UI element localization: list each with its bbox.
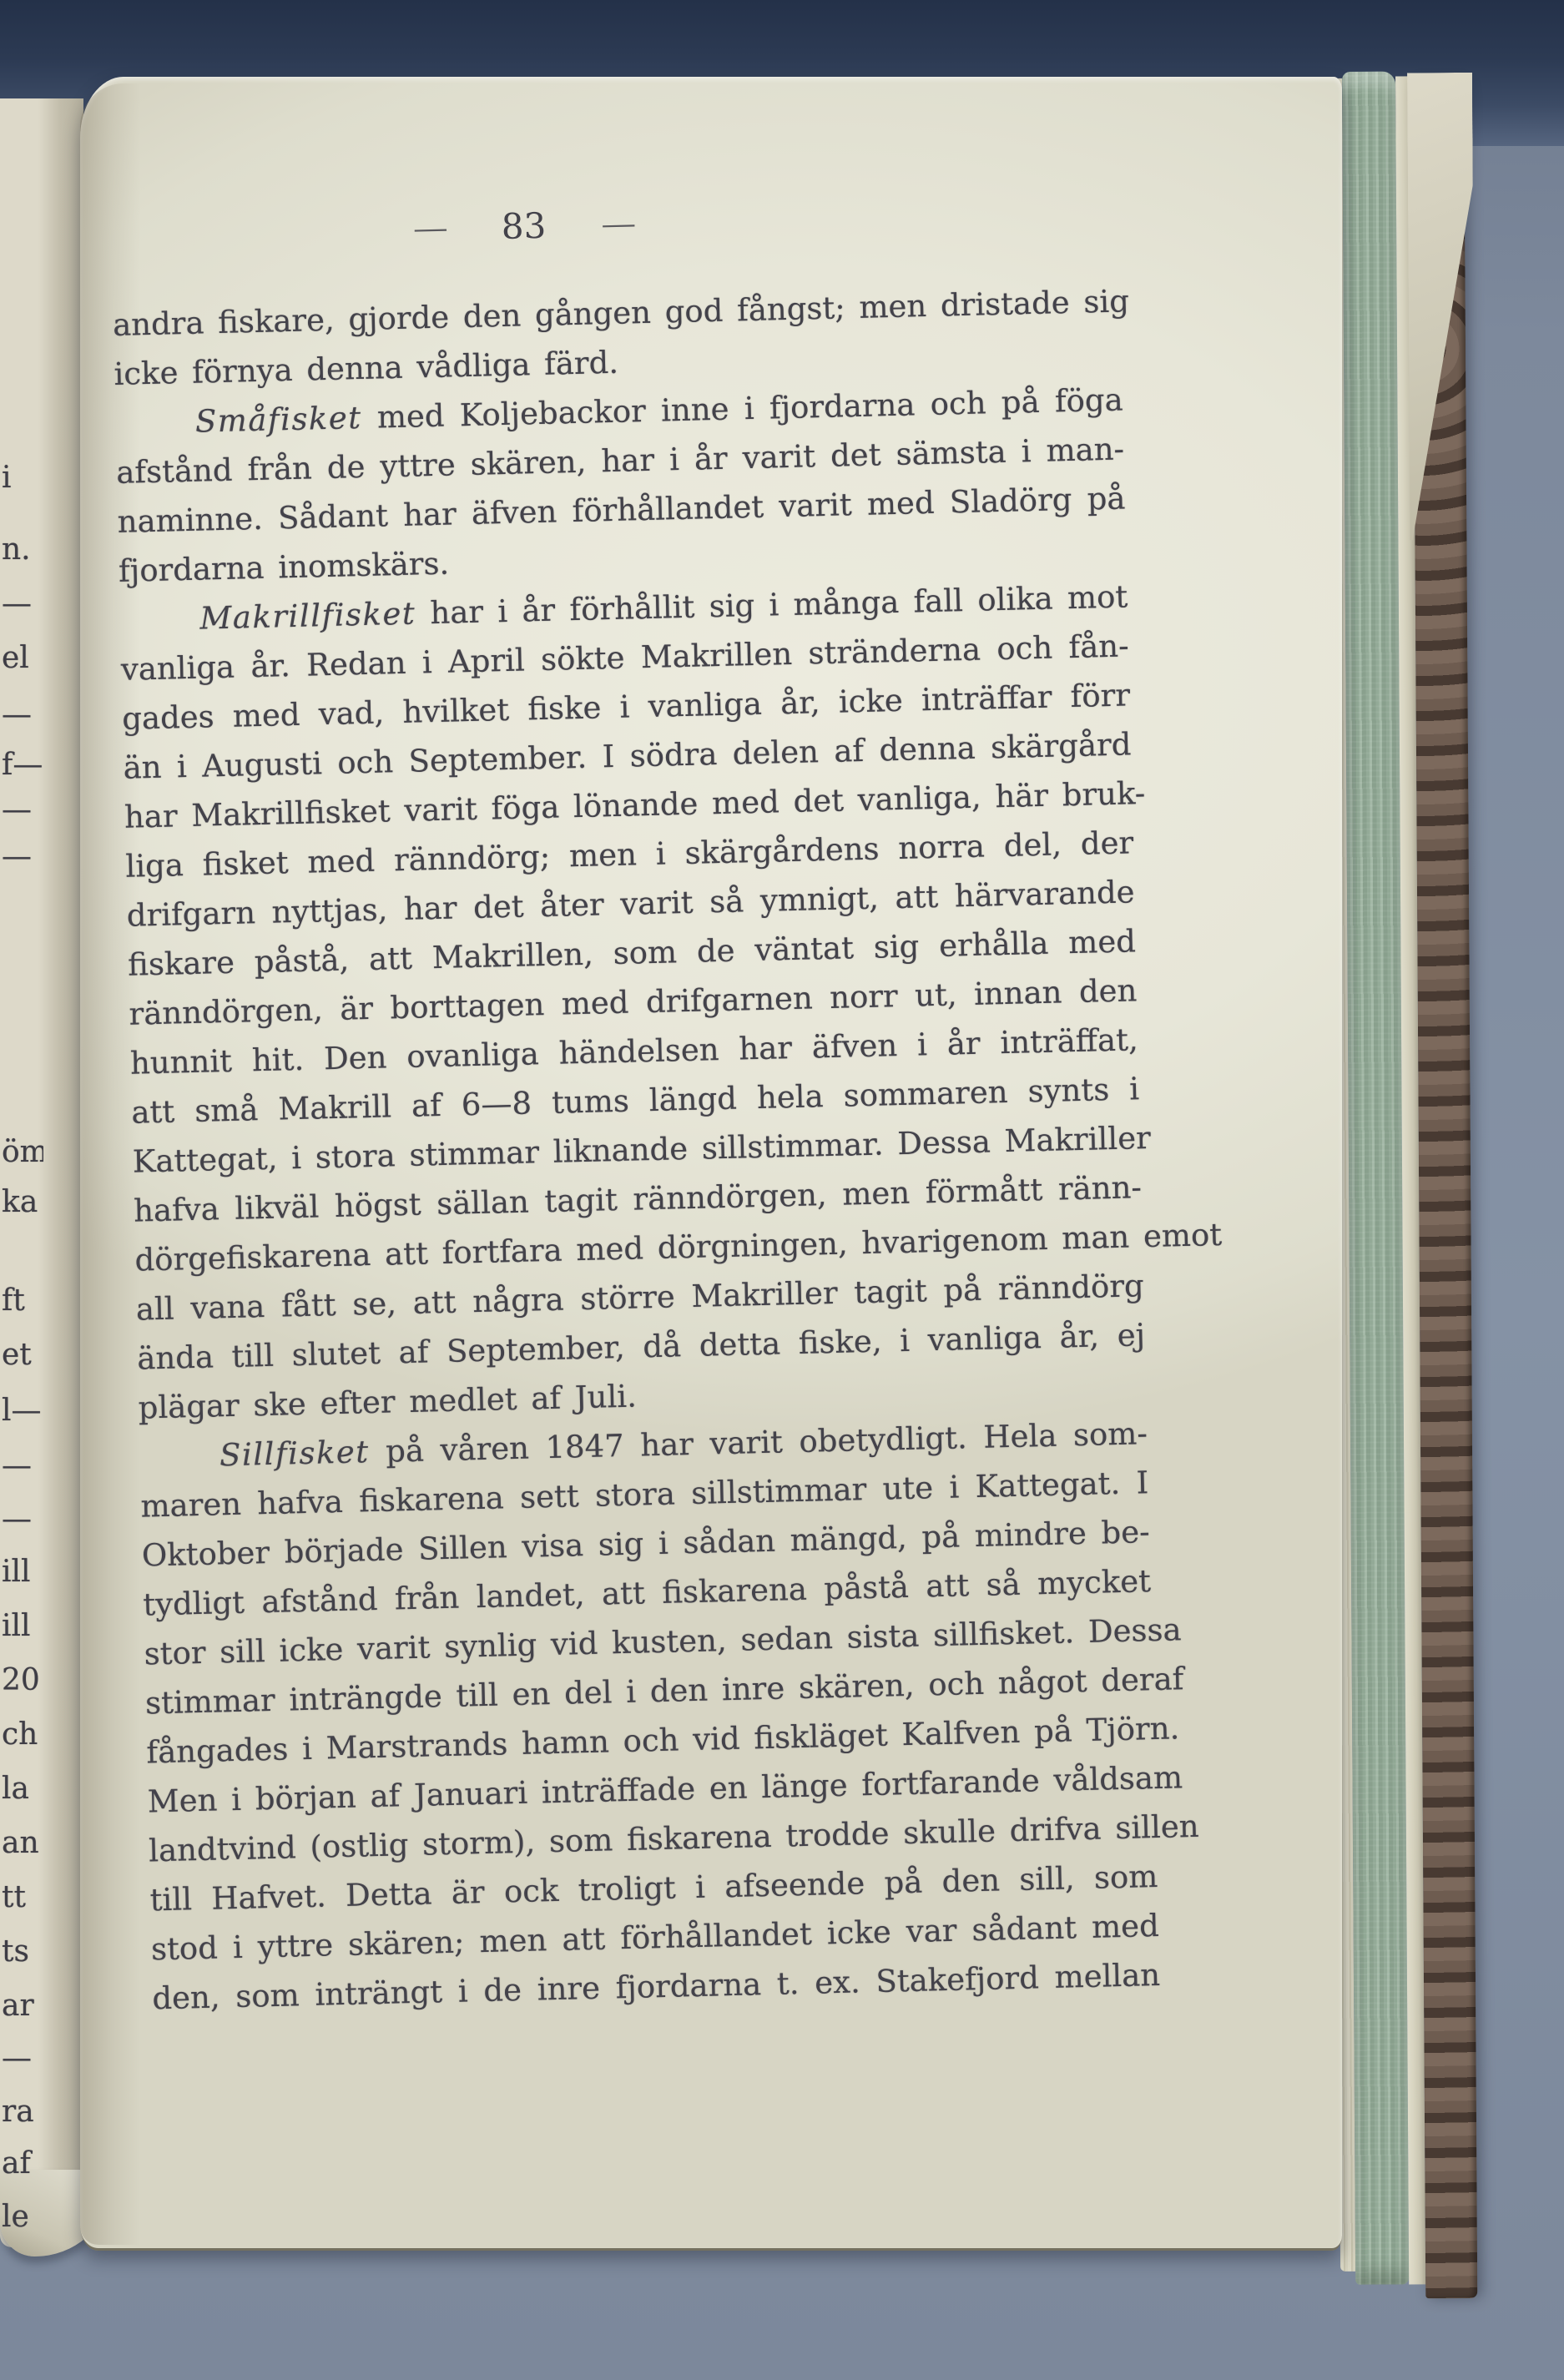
margin-fragment: le bbox=[2, 2200, 29, 2234]
margin-fragment: ill bbox=[2, 1609, 31, 1643]
margin-fragment: ts bbox=[2, 1934, 29, 1969]
margin-fragment: ra bbox=[2, 2095, 34, 2129]
margin-fragment: el bbox=[2, 641, 29, 675]
margin-fragment: an bbox=[2, 1826, 39, 1860]
margin-fragment: — bbox=[2, 698, 32, 732]
margin-fragment: — bbox=[2, 587, 32, 621]
line-text: icke förnya denna vådliga färd. bbox=[114, 345, 618, 392]
margin-fragment: tt bbox=[2, 1880, 26, 1914]
scanned-book-photo: — 83 — andra fiskare, gjorde den gången … bbox=[0, 0, 1564, 2380]
italic-lead-word: Sillfisket bbox=[219, 1434, 371, 1473]
printed-text-block: — 83 — andra fiskare, gjorde den gången … bbox=[110, 189, 1161, 2024]
margin-fragment: — bbox=[2, 2041, 32, 2075]
margin-fragment: 20 bbox=[2, 1663, 40, 1697]
line-text: fjordarna inomskärs. bbox=[119, 546, 450, 589]
margin-fragment: ill bbox=[2, 1555, 31, 1589]
text-lines: andra fiskare, gjorde den gången god fån… bbox=[112, 277, 1160, 2024]
margin-fragment: ka bbox=[2, 1185, 38, 1219]
margin-fragment: et bbox=[2, 1338, 32, 1372]
margin-fragment: af bbox=[2, 2146, 31, 2181]
margin-fragment: ch bbox=[2, 1717, 38, 1752]
margin-fragment: ft bbox=[2, 1283, 25, 1318]
line-text: plägar ske efter medlet af Juli. bbox=[138, 1379, 637, 1426]
margin-fragment: — bbox=[2, 1449, 32, 1483]
italic-lead-word: Småfisket bbox=[194, 400, 362, 440]
margin-fragment: f— bbox=[2, 748, 43, 782]
margin-fragment: n. bbox=[2, 532, 31, 567]
margin-fragments: in.—el—f———ömkaftetl———illill20chlaanttt… bbox=[0, 0, 43, 2380]
margin-fragment: öm bbox=[2, 1135, 43, 1169]
margin-fragment: — bbox=[2, 840, 32, 874]
margin-fragment: — bbox=[2, 1502, 32, 1536]
page-number: 83 bbox=[501, 205, 547, 247]
header-left-dash: — bbox=[412, 211, 446, 245]
margin-fragment: i bbox=[2, 461, 12, 495]
margin-fragment: l— bbox=[2, 1394, 42, 1428]
italic-lead-word: Makrillfisket bbox=[199, 596, 416, 637]
margin-fragment: ar bbox=[2, 1989, 34, 2023]
margin-fragment: — bbox=[2, 793, 32, 827]
margin-fragment: la bbox=[2, 1772, 29, 1806]
header-right-dash: — bbox=[601, 207, 635, 240]
book-fore-edge-area bbox=[1327, 71, 1532, 2308]
